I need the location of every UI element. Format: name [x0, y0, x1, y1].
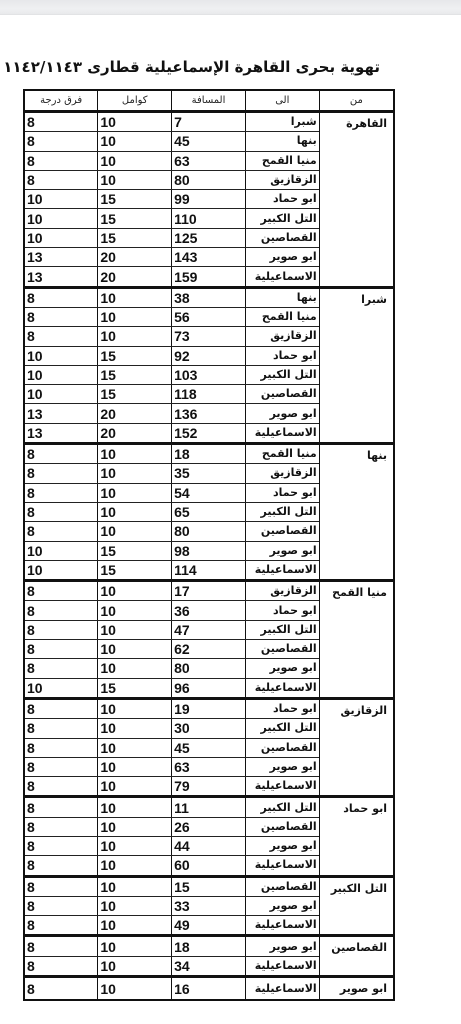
cars-cell: 10 [98, 307, 172, 326]
to-station-cell: التل الكبير [245, 797, 319, 817]
to-station-cell: ابو صوير [245, 896, 319, 915]
cars-cell: 10 [98, 896, 172, 915]
distance-cell: 65 [172, 502, 246, 521]
distance-cell: 118 [172, 385, 246, 404]
distance-cell: 79 [172, 777, 246, 797]
to-station-cell: الاسماعيلية [245, 777, 319, 797]
cars-cell: 10 [98, 659, 172, 678]
grade-diff-cell: 10 [24, 209, 98, 228]
cars-cell: 10 [98, 132, 172, 151]
distance-cell: 36 [172, 601, 246, 620]
distance-cell: 11 [172, 797, 246, 817]
grade-diff-cell: 8 [24, 896, 98, 915]
table-row: ابو حمادالتل الكبير11108 [24, 797, 394, 817]
distance-cell: 136 [172, 404, 246, 423]
distance-cell: 80 [172, 659, 246, 678]
grade-diff-cell: 10 [24, 190, 98, 209]
from-station-cell: ابو حماد [319, 797, 394, 876]
distance-cell: 98 [172, 541, 246, 560]
grade-diff-cell: 8 [24, 522, 98, 541]
from-station-cell: بنها [319, 444, 394, 581]
from-station-cell: القصاصين [319, 936, 394, 977]
cars-cell: 10 [98, 719, 172, 738]
distance-cell: 152 [172, 423, 246, 443]
grade-diff-cell: 8 [24, 956, 98, 976]
grade-diff-cell: 8 [24, 936, 98, 956]
cars-cell: 10 [98, 581, 172, 601]
cars-cell: 10 [98, 698, 172, 718]
to-station-cell: القصاصين [245, 876, 319, 896]
distance-cell: 17 [172, 581, 246, 601]
to-station-cell: ابو حماد [245, 190, 319, 209]
grade-diff-cell: 10 [24, 541, 98, 560]
distance-cell: 26 [172, 817, 246, 836]
to-station-cell: ابو حماد [245, 698, 319, 718]
cars-cell: 15 [98, 560, 172, 580]
distance-cell: 143 [172, 248, 246, 267]
grade-diff-cell: 8 [24, 757, 98, 776]
to-station-cell: الاسماعيلية [245, 678, 319, 698]
grade-diff-cell: 8 [24, 916, 98, 936]
browser-top-bar [0, 0, 461, 15]
cars-cell: 10 [98, 936, 172, 956]
distance-cell: 159 [172, 267, 246, 287]
grade-diff-cell: 8 [24, 483, 98, 502]
to-station-cell: الزقازيق [245, 464, 319, 483]
distance-cell: 33 [172, 896, 246, 915]
grade-diff-cell: 10 [24, 365, 98, 384]
distance-cell: 7 [172, 112, 246, 132]
cars-cell: 10 [98, 777, 172, 797]
distance-cell: 30 [172, 719, 246, 738]
cars-cell: 10 [98, 112, 172, 132]
distance-cell: 54 [172, 483, 246, 502]
to-station-cell: ابو صوير [245, 836, 319, 855]
distance-cell: 44 [172, 836, 246, 855]
distance-cell: 34 [172, 956, 246, 976]
to-station-cell: ابو صوير [245, 541, 319, 560]
distance-cell: 110 [172, 209, 246, 228]
grade-diff-cell: 13 [24, 423, 98, 443]
to-station-cell: الزقازيق [245, 170, 319, 189]
distance-cell: 19 [172, 698, 246, 718]
cars-cell: 20 [98, 267, 172, 287]
cars-cell: 10 [98, 640, 172, 659]
distance-cell: 49 [172, 916, 246, 936]
to-station-cell: منيا القمح [245, 444, 319, 464]
cars-cell: 10 [98, 444, 172, 464]
distance-cell: 15 [172, 876, 246, 896]
from-station-cell: ابو صوير [319, 977, 394, 1001]
distance-cell: 63 [172, 151, 246, 170]
distance-cell: 45 [172, 132, 246, 151]
to-station-cell: التل الكبير [245, 365, 319, 384]
distance-cell: 18 [172, 444, 246, 464]
grade-diff-cell: 8 [24, 444, 98, 464]
to-station-cell: التل الكبير [245, 620, 319, 639]
to-station-cell: الاسماعيلية [245, 267, 319, 287]
to-station-cell: الزقازيق [245, 581, 319, 601]
distance-cell: 103 [172, 365, 246, 384]
from-station-cell: الزقازيق [319, 698, 394, 796]
cars-cell: 10 [98, 601, 172, 620]
grade-diff-cell: 10 [24, 678, 98, 698]
to-station-cell: التل الكبير [245, 502, 319, 521]
from-station-cell: شبرا [319, 287, 394, 443]
grade-diff-cell: 8 [24, 307, 98, 326]
cars-cell: 15 [98, 209, 172, 228]
to-station-cell: ابو صوير [245, 404, 319, 423]
distance-cell: 73 [172, 327, 246, 346]
grade-diff-cell: 8 [24, 876, 98, 896]
to-station-cell: شبرا [245, 112, 319, 132]
to-station-cell: ابو حماد [245, 483, 319, 502]
grade-diff-cell: 8 [24, 620, 98, 639]
cars-cell: 20 [98, 423, 172, 443]
cars-cell: 10 [98, 522, 172, 541]
grade-diff-cell: 8 [24, 151, 98, 170]
to-station-cell: ابو حماد [245, 601, 319, 620]
distance-cell: 18 [172, 936, 246, 956]
cars-cell: 20 [98, 404, 172, 423]
distance-cell: 16 [172, 977, 246, 1001]
grade-diff-cell: 8 [24, 464, 98, 483]
cars-cell: 10 [98, 464, 172, 483]
to-station-cell: بنها [245, 132, 319, 151]
cars-cell: 10 [98, 856, 172, 876]
table-row: ابو صويرالاسماعيلية16108 [24, 977, 394, 1001]
cars-cell: 10 [98, 916, 172, 936]
distance-cell: 47 [172, 620, 246, 639]
distance-cell: 62 [172, 640, 246, 659]
distance-cell: 80 [172, 170, 246, 189]
cars-cell: 10 [98, 483, 172, 502]
cars-cell: 15 [98, 346, 172, 365]
to-station-cell: ابو صوير [245, 936, 319, 956]
distance-cell: 63 [172, 757, 246, 776]
from-station-cell: التل الكبير [319, 876, 394, 936]
cars-cell: 20 [98, 248, 172, 267]
to-station-cell: الاسماعيلية [245, 956, 319, 976]
cars-cell: 15 [98, 190, 172, 209]
to-station-cell: الاسماعيلية [245, 423, 319, 443]
table-row: القاهرةشبرا7108 [24, 112, 394, 132]
grade-diff-cell: 8 [24, 698, 98, 718]
grade-diff-cell: 8 [24, 719, 98, 738]
to-station-cell: التل الكبير [245, 209, 319, 228]
document-title: تهوية بحرى القاهرة الإسماعيلية قطارى ١١٤… [30, 58, 380, 76]
from-station-cell: القاهرة [319, 112, 394, 288]
grade-diff-cell: 8 [24, 797, 98, 817]
grade-diff-cell: 8 [24, 132, 98, 151]
to-station-cell: القصاصين [245, 738, 319, 757]
cars-cell: 10 [98, 876, 172, 896]
to-station-cell: القصاصين [245, 817, 319, 836]
distance-cell: 99 [172, 190, 246, 209]
distance-cell: 38 [172, 287, 246, 307]
train-ventilation-table: من الى المسافة كوامل فرق درجة القاهرةشبر… [23, 89, 395, 1001]
grade-diff-cell: 8 [24, 817, 98, 836]
distance-cell: 80 [172, 522, 246, 541]
grade-diff-cell: 8 [24, 836, 98, 855]
grade-diff-cell: 8 [24, 856, 98, 876]
grade-diff-cell: 8 [24, 640, 98, 659]
cars-cell: 10 [98, 151, 172, 170]
grade-diff-cell: 8 [24, 502, 98, 521]
header-to: الى [245, 90, 319, 112]
distance-cell: 114 [172, 560, 246, 580]
cars-cell: 10 [98, 620, 172, 639]
cars-cell: 15 [98, 678, 172, 698]
to-station-cell: القصاصين [245, 522, 319, 541]
cars-cell: 10 [98, 817, 172, 836]
cars-cell: 10 [98, 977, 172, 1001]
to-station-cell: القصاصين [245, 228, 319, 247]
to-station-cell: الاسماعيلية [245, 916, 319, 936]
table-row: منيا القمحالزقازيق17108 [24, 581, 394, 601]
to-station-cell: ابو حماد [245, 346, 319, 365]
to-station-cell: ابو صوير [245, 659, 319, 678]
cars-cell: 15 [98, 228, 172, 247]
table-body: القاهرةشبرا7108بنها45108منيا القمح63108ا… [24, 112, 394, 1001]
grade-diff-cell: 10 [24, 346, 98, 365]
grade-diff-cell: 8 [24, 777, 98, 797]
cars-cell: 10 [98, 327, 172, 346]
to-station-cell: منيا القمح [245, 151, 319, 170]
grade-diff-cell: 10 [24, 228, 98, 247]
distance-cell: 125 [172, 228, 246, 247]
grade-diff-cell: 8 [24, 287, 98, 307]
to-station-cell: ابو صوير [245, 757, 319, 776]
cars-cell: 10 [98, 836, 172, 855]
table-row: الزقازيقابو حماد19108 [24, 698, 394, 718]
grade-diff-cell: 13 [24, 404, 98, 423]
distance-cell: 92 [172, 346, 246, 365]
grade-diff-cell: 13 [24, 248, 98, 267]
grade-diff-cell: 13 [24, 267, 98, 287]
to-station-cell: الاسماعيلية [245, 560, 319, 580]
grade-diff-cell: 8 [24, 112, 98, 132]
cars-cell: 15 [98, 385, 172, 404]
to-station-cell: بنها [245, 287, 319, 307]
table-row: القصاصينابو صوير18108 [24, 936, 394, 956]
to-station-cell: ابو صوير [245, 248, 319, 267]
header-cars: كوامل [98, 90, 172, 112]
distance-cell: 60 [172, 856, 246, 876]
header-grade-diff: فرق درجة [24, 90, 98, 112]
to-station-cell: القصاصين [245, 640, 319, 659]
distance-cell: 35 [172, 464, 246, 483]
header-from: من [319, 90, 394, 112]
distance-cell: 45 [172, 738, 246, 757]
grade-diff-cell: 8 [24, 659, 98, 678]
table-row: التل الكبيرالقصاصين15108 [24, 876, 394, 896]
cars-cell: 10 [98, 757, 172, 776]
cars-cell: 10 [98, 287, 172, 307]
from-station-cell: منيا القمح [319, 581, 394, 699]
distance-cell: 56 [172, 307, 246, 326]
to-station-cell: التل الكبير [245, 719, 319, 738]
cars-cell: 10 [98, 797, 172, 817]
cars-cell: 10 [98, 502, 172, 521]
grade-diff-cell: 8 [24, 738, 98, 757]
cars-cell: 15 [98, 365, 172, 384]
table-row: شبرابنها38108 [24, 287, 394, 307]
grade-diff-cell: 8 [24, 327, 98, 346]
to-station-cell: الاسماعيلية [245, 977, 319, 1001]
to-station-cell: منيا القمح [245, 307, 319, 326]
grade-diff-cell: 10 [24, 560, 98, 580]
to-station-cell: الزقازيق [245, 327, 319, 346]
to-station-cell: القصاصين [245, 385, 319, 404]
cars-cell: 15 [98, 541, 172, 560]
table-header-row: من الى المسافة كوامل فرق درجة [24, 90, 394, 112]
header-distance: المسافة [172, 90, 246, 112]
grade-diff-cell: 8 [24, 170, 98, 189]
grade-diff-cell: 10 [24, 385, 98, 404]
grade-diff-cell: 8 [24, 581, 98, 601]
grade-diff-cell: 8 [24, 601, 98, 620]
cars-cell: 10 [98, 170, 172, 189]
to-station-cell: الاسماعيلية [245, 856, 319, 876]
grade-diff-cell: 8 [24, 977, 98, 1001]
cars-cell: 10 [98, 738, 172, 757]
distance-cell: 96 [172, 678, 246, 698]
cars-cell: 10 [98, 956, 172, 976]
table-row: بنهامنيا القمح18108 [24, 444, 394, 464]
